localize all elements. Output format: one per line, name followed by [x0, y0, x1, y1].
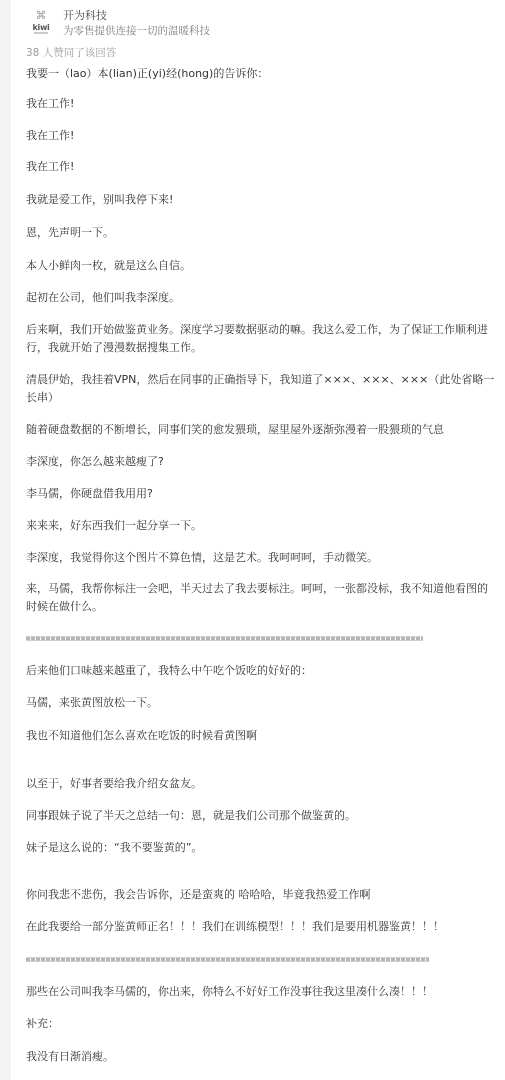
answer-paragraph: 我没有日渐消瘦。 — [26, 1048, 496, 1066]
answer-paragraph: 补充： — [26, 1015, 496, 1033]
logo-underline — [34, 32, 48, 34]
answer-paragraph: 来来来，好东西我们一起分享一下。 — [26, 517, 496, 535]
answer-paragraph: 随着硬盘数据的不断增长，同事们笑的愈发猥琐，屋里屋外逐渐弥漫着一股猥琐的气息 — [26, 421, 496, 439]
kiwi-logo-icon: ⌘ — [35, 10, 47, 22]
answer-paragraph: 妹子是这么说的：“我不要鉴黄的”。 — [26, 839, 496, 857]
author-bio: 为零售提供连接一切的温暖科技 — [63, 24, 210, 38]
answer-paragraph: 我在工作! — [26, 158, 496, 176]
author-header[interactable]: ⌘ kiwi 开为科技 为零售提供连接一切的温暖科技 — [11, 0, 505, 44]
answer-paragraph: 在此我要给一部分鉴黄师正名！！！我们在训练模型！！！我们是要用机器鉴黄！！！ — [26, 918, 496, 936]
answer-paragraph: 李马儒，你硬盘借我用用? — [26, 485, 496, 503]
answer-paragraph: 本人小鲜肉一枚，就是这么自信。 — [26, 257, 496, 275]
answer-paragraph: 后来啊，我们开始做鉴黄业务。深度学习要数据驱动的嘛。我这么爱工作，为了保证工作顺… — [26, 321, 496, 357]
answer-paragraph: 我要一（lao）本(lian)正(yi)经(hong)的告诉你： — [26, 65, 496, 83]
author-avatar[interactable]: ⌘ kiwi — [31, 10, 51, 36]
answer-paragraph: 我就是爱工作，别叫我停下来! — [26, 191, 496, 209]
answer-paragraph: 清晨伊始，我挂着VPN，然后在同事的正确指导下，我知道了×××、×××、×××（… — [26, 371, 496, 407]
answer-paragraph: 以至于，好事者要给我介绍女盆友。 — [26, 775, 496, 793]
logo-text: kiwi — [31, 23, 51, 32]
answer-paragraph: 我也不知道他们怎么喜欢在吃饭的时候看黄图啊 — [26, 727, 496, 745]
answer-paragraph: 后来他们口味越来越重了，我特么中午吃个饭吃的好好的： — [26, 662, 496, 680]
vote-count: 38 人赞同了该回答 — [26, 46, 116, 60]
answer-paragraph: 来，马儒，我帮你标注一会吧，半天过去了我去要标注。呵呵，一张都没标，我不知道他看… — [26, 580, 496, 616]
author-name[interactable]: 开为科技 — [63, 9, 107, 23]
answer-paragraph: 恩，先声明一下。 — [26, 224, 496, 242]
answer-paragraph: 那些在公司叫我李马儒的，你出来，你特么不好好工作没事往我这里凑什么凑！！！ — [26, 983, 496, 1001]
answer-paragraph: 你问我悲不悲伤，我会告诉你，还是蛮爽的 哈哈哈，毕竟我热爱工作啊 — [26, 886, 496, 904]
answer-paragraph: 李深度，你怎么越来越瘦了? — [26, 453, 496, 471]
answer-paragraph: 起初在公司，他们叫我李深度。 — [26, 289, 496, 307]
separator-line — [26, 957, 429, 962]
answer-paragraph: 我在工作! — [26, 95, 496, 113]
separator-line — [26, 636, 423, 641]
answer-card: ⌘ kiwi 开为科技 为零售提供连接一切的温暖科技 38 人赞同了该回答 我要… — [11, 0, 505, 1080]
answer-paragraph: 同事跟妹子说了半天之总结一句：恩，就是我们公司那个做鉴黄的。 — [26, 807, 496, 825]
answer-paragraph: 我在工作! — [26, 127, 496, 145]
answer-paragraph: 李深度，我觉得你这个图片不算色情，这是艺术。我呵呵呵，手动微笑。 — [26, 549, 496, 567]
answer-paragraph: 马儒，来张黄图放松一下。 — [26, 694, 496, 712]
